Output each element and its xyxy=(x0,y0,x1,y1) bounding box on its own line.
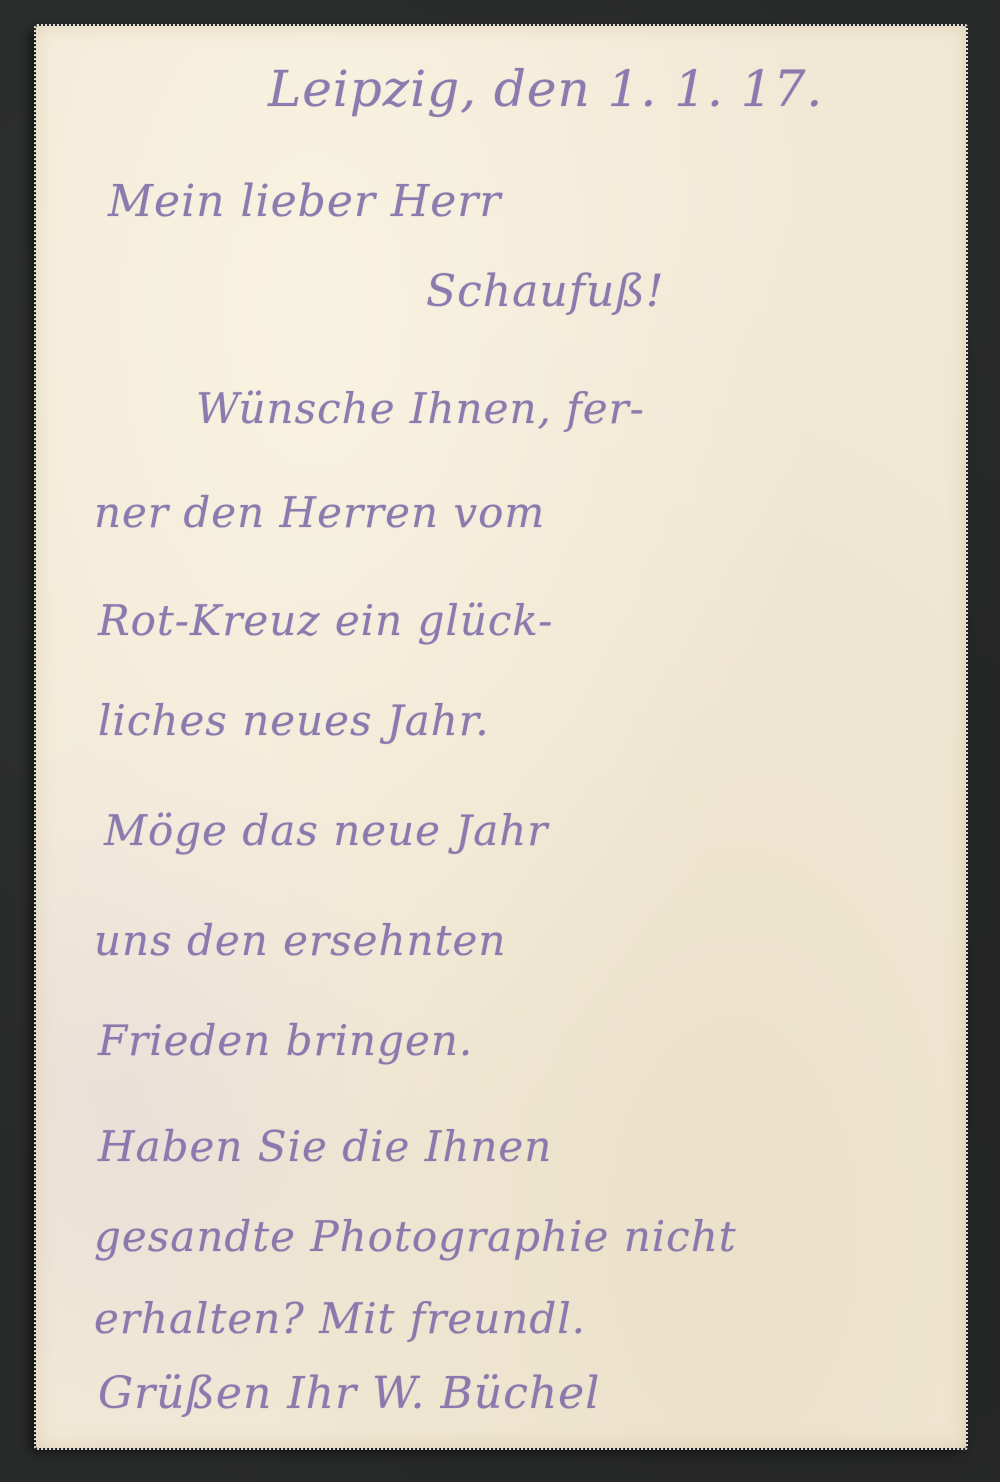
body-line-8: Haben Sie die Ihnen xyxy=(98,1122,552,1171)
body-line-5: Möge das neue Jahr xyxy=(104,806,548,855)
body-line-9: gesandte Photographie nicht xyxy=(94,1212,737,1261)
body-line-4: liches neues Jahr. xyxy=(98,696,490,745)
body-line-7: Frieden bringen. xyxy=(98,1016,473,1065)
body-line-10: erhalten? Mit freundl. xyxy=(94,1294,586,1343)
postcard: Leipzig, den 1. 1. 17. Mein lieber Herr … xyxy=(36,26,966,1448)
salutation-line-2: Schaufuß! xyxy=(426,266,664,317)
body-line-2: ner den Herren vom xyxy=(94,488,545,537)
body-line-3: Rot-Kreuz ein glück- xyxy=(98,596,553,645)
closing-signature: Grüßen Ihr W. Büchel xyxy=(98,1368,600,1419)
body-line-1: Wünsche Ihnen, fer- xyxy=(196,384,645,433)
body-line-6: uns den ersehnten xyxy=(94,916,506,965)
dateline: Leipzig, den 1. 1. 17. xyxy=(268,60,823,118)
salutation-line-1: Mein lieber Herr xyxy=(108,176,501,227)
